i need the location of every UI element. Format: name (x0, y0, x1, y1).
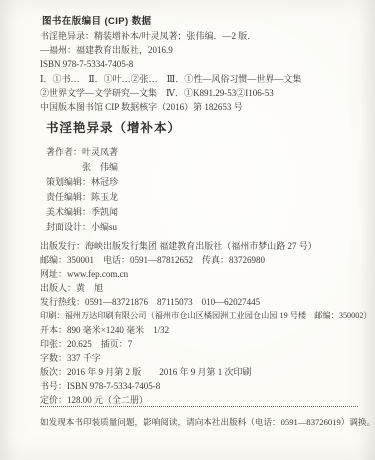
cip-line-record-number: 中国版本图书馆 CIP 数据核字（2016）第 182653 号 (40, 100, 370, 114)
dotted-divider (40, 406, 358, 407)
pub-line-printer: 印刷：福州万达印刷有限公司（福州市仓山区橘园洲工业园仓山园 19 号楼 邮编：3… (40, 309, 370, 323)
cip-line-classification-2: ②世界文学—文学研究—文集 Ⅳ．①K891.29-53②I106-53 (40, 86, 370, 100)
pub-line-sheets: 印张：20.625 插页：7 (40, 337, 370, 351)
cip-data-block: 书淫艳异录：精装增补本/叶灵凤著；张伟编．—2 版． —福州：福建教育出版社，2… (40, 29, 370, 114)
pub-line-price: 定价：128.00 元（全二册） (40, 393, 370, 407)
pub-line-book-number: 书号：ISBN 978-7-5334-7405-8 (40, 379, 370, 393)
pub-line-format: 开本：890 毫米×1240 毫米 1/32 (40, 323, 370, 337)
pub-line-publisher: 出版发行：海峡出版发行集团 福建教育出版社（福州市梦山路 27 号） (40, 239, 370, 253)
cip-line-classification-1: Ⅰ．①书… Ⅱ．①叶…②张… Ⅲ．①性—风俗习惯—世界—文集 (40, 72, 370, 86)
credits-block: 著作者：叶灵凤著 张 伟编 策划编辑：林冠珍 责任编辑：陈玉龙 美术编辑：季凯闻… (46, 145, 118, 235)
cip-heading: 图书在版编目 (CIP) 数据 (42, 13, 151, 27)
pub-line-postcode-phone-fax: 邮编：350001 电话：0591—87812652 传真：83726980 (40, 253, 370, 267)
credit-planning-editor: 策划编辑：林冠珍 (46, 175, 118, 190)
book-title: 书淫艳异录（增补本） (46, 118, 181, 136)
publishing-block: 出版发行：海峡出版发行集团 福建教育出版社（福州市梦山路 27 号） 邮编：35… (40, 239, 370, 407)
credit-author: 著作者：叶灵凤著 (46, 145, 118, 160)
credit-cover-designer: 封面设计：小编su (46, 220, 118, 235)
cip-line-publisher: —福州：福建教育出版社，2016.9 (40, 43, 370, 57)
cip-line-isbn: ISBN 978-7-5334-7405-8 (40, 57, 370, 71)
pub-line-publisher-person: 出版人：黄 旭 (40, 281, 370, 295)
cip-line-title-statement: 书淫艳异录：精装增补本/叶灵凤著；张伟编．—2 版． (40, 29, 370, 43)
pub-line-word-count: 字数：337 千字 (40, 351, 370, 365)
credit-responsible-editor: 责任编辑：陈玉龙 (46, 190, 118, 205)
credit-editor: 张 伟编 (46, 160, 118, 175)
credit-art-editor: 美术编辑：季凯闻 (46, 205, 118, 220)
pub-line-edition: 版次：2016 年 9 月第 2 版 2016 年 9 月第 1 次印刷 (40, 365, 370, 379)
copyright-page: 图书在版编目 (CIP) 数据 书淫艳异录：精装增补本/叶灵凤著；张伟编．—2 … (0, 0, 375, 460)
pub-line-website: 网址：www.fep.com.cn (40, 267, 370, 281)
quality-notice: 如发现本书印装质量问题，影响阅读，请向本社出版科（电话：0591—8372601… (40, 416, 370, 428)
pub-line-hotline: 发行热线：0591—83721876 87115073 010—62027445 (40, 295, 370, 309)
